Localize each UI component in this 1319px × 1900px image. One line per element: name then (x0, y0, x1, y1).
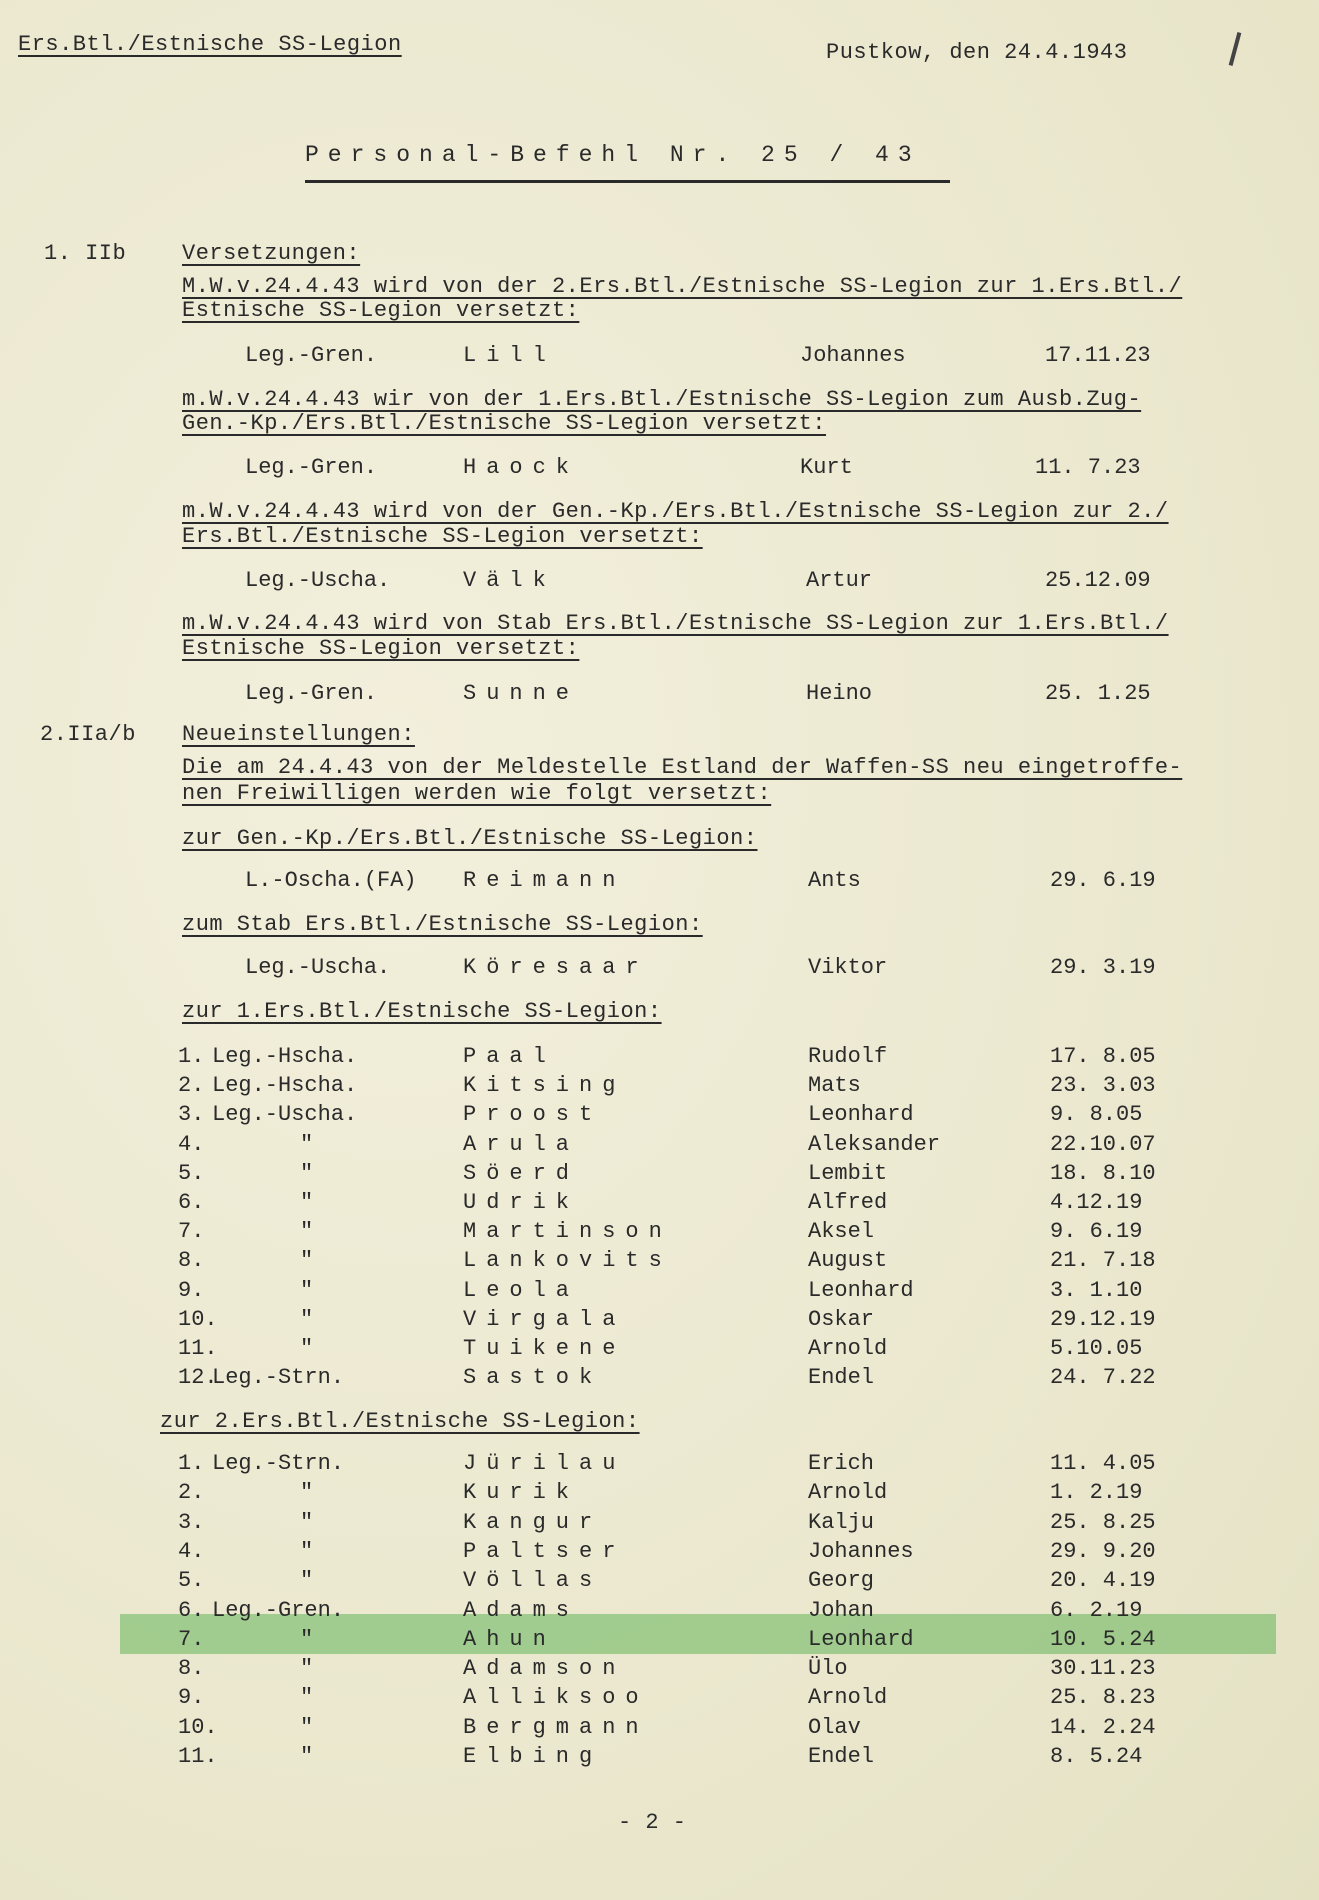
rank: Leg.-Gren. (245, 343, 377, 368)
rank: Leg.-Hscha. (212, 1073, 357, 1098)
birthdate: 9. 8.05 (1050, 1102, 1142, 1127)
rank: " (300, 1685, 313, 1710)
btl2-heading: zur 2.Ers.Btl./Estnische SS-Legion: (160, 1409, 640, 1434)
btl1-heading: zur 1.Ers.Btl./Estnische SS-Legion: (182, 999, 662, 1024)
page-number: - 2 - (618, 1810, 687, 1835)
firstname: Leonhard (808, 1278, 914, 1303)
birthdate: 20. 4.19 (1050, 1568, 1156, 1593)
section2-heading: Neueinstellungen: (182, 722, 415, 747)
table-row: 1.Leg.-Strn.JürilauErich11. 4.05 (0, 1451, 1319, 1480)
row-number: 9. (178, 1278, 204, 1303)
row-number: 2. (178, 1073, 204, 1098)
surname: Leola (463, 1278, 579, 1303)
birthdate: 22.10.07 (1050, 1132, 1156, 1157)
rank: " (300, 1627, 313, 1652)
firstname: August (808, 1248, 887, 1273)
firstname: Leonhard (808, 1102, 914, 1127)
surname: Udrik (463, 1190, 579, 1215)
firstname: Kalju (808, 1510, 874, 1535)
surname: Haock (463, 455, 579, 480)
row-number: 11. (178, 1744, 218, 1769)
section2-intro-line1: Die am 24.4.43 von der Meldestelle Estla… (182, 755, 1182, 780)
surname: Kangur (463, 1510, 602, 1535)
gen-kp-heading: zur Gen.-Kp./Ers.Btl./Estnische SS-Legio… (182, 826, 758, 851)
surname: Reimann (463, 868, 625, 893)
firstname: Ülo (808, 1656, 848, 1681)
transfer1-entry: Leg.-Gren. Lill Johannes 17.11.23 (0, 343, 1319, 372)
row-number: 7. (178, 1219, 204, 1244)
birthdate: 6. 2.19 (1050, 1598, 1142, 1623)
table-row: 2."KurikArnold1. 2.19 (0, 1480, 1319, 1509)
surname: Arula (463, 1132, 579, 1157)
row-number: 6. (178, 1190, 204, 1215)
birthdate: 21. 7.18 (1050, 1248, 1156, 1273)
rank: " (300, 1132, 313, 1157)
transfer1-line1: M.W.v.24.4.43 wird von der 2.Ers.Btl./Es… (182, 274, 1182, 299)
row-number: 11. (178, 1336, 218, 1361)
unit-header: Ers.Btl./Estnische SS-Legion (18, 32, 402, 57)
page-title: Personal-Befehl Nr. 25 / 43 (305, 142, 921, 168)
section2-intro-line2: nen Freiwilligen werden wie folgt verset… (182, 781, 771, 806)
surname: Paltser (463, 1539, 625, 1564)
transfer2-line2: Gen.-Kp./Ers.Btl./Estnische SS-Legion ve… (182, 411, 826, 436)
firstname: Aksel (808, 1219, 874, 1244)
firstname: Rudolf (808, 1044, 887, 1069)
gen-kp-entry: L.-Oscha.(FA) Reimann Ants 29. 6.19 (0, 868, 1319, 897)
rank: Leg.-Gren. (245, 681, 377, 706)
transfer3-line1: m.W.v.24.4.43 wird von der Gen.-Kp./Ers.… (182, 499, 1169, 524)
row-number: 4. (178, 1132, 204, 1157)
table-row: 9."AlliksooArnold25. 8.23 (0, 1685, 1319, 1714)
birthdate: 29. 9.20 (1050, 1539, 1156, 1564)
row-number: 4. (178, 1539, 204, 1564)
birthdate: 3. 1.10 (1050, 1278, 1142, 1303)
table-row: 2.Leg.-Hscha.KitsingMats23. 3.03 (0, 1073, 1319, 1102)
rank: " (300, 1336, 313, 1361)
firstname: Johan (808, 1598, 874, 1623)
firstname: Leonhard (808, 1627, 914, 1652)
rank: " (300, 1190, 313, 1215)
rank: L.-Oscha.(FA) (245, 868, 417, 893)
birthdate: 5.10.05 (1050, 1336, 1142, 1361)
rank: " (300, 1248, 313, 1273)
surname: Kurik (463, 1480, 579, 1505)
surname: Bergmann (463, 1715, 649, 1740)
surname: Ahun (463, 1627, 556, 1652)
row-number: 6. (178, 1598, 204, 1623)
table-row: 10."VirgalaOskar29.12.19 (0, 1307, 1319, 1336)
surname: Välk (463, 568, 556, 593)
firstname: Alfred (808, 1190, 887, 1215)
surname: Lankovits (463, 1248, 672, 1273)
row-number: 5. (178, 1161, 204, 1186)
row-number: 10. (178, 1715, 218, 1740)
row-number: 9. (178, 1685, 204, 1710)
birthdate: 9. 6.19 (1050, 1219, 1142, 1244)
row-number: 7. (178, 1627, 204, 1652)
firstname: Georg (808, 1568, 874, 1593)
surname: Völlas (463, 1568, 602, 1593)
table-row: 1.Leg.-Hscha.PaalRudolf17. 8.05 (0, 1044, 1319, 1073)
surname: Kitsing (463, 1073, 625, 1098)
firstname: Endel (808, 1365, 874, 1390)
table-row: 10."BergmannOlav14. 2.24 (0, 1715, 1319, 1744)
firstname: Aleksander (808, 1132, 940, 1157)
surname: Virgala (463, 1307, 625, 1332)
firstname: Erich (808, 1451, 874, 1476)
firstname: Oskar (808, 1307, 874, 1332)
firstname: Johannes (808, 1539, 914, 1564)
firstname: Viktor (808, 955, 887, 980)
surname: Söerd (463, 1161, 579, 1186)
birthdate: 11. 7.23 (1035, 455, 1141, 480)
rank: Leg.-Strn. (212, 1451, 344, 1476)
rank: Leg.-Gren. (245, 455, 377, 480)
birthdate: 18. 8.10 (1050, 1161, 1156, 1186)
transfer1-line2: Estnische SS-Legion versetzt: (182, 298, 579, 323)
table-row: 6."UdrikAlfred4.12.19 (0, 1190, 1319, 1219)
firstname: Olav (808, 1715, 861, 1740)
surname: Tuikene (463, 1336, 625, 1361)
birthdate: 14. 2.24 (1050, 1715, 1156, 1740)
row-number: 1. (178, 1451, 204, 1476)
row-number: 8. (178, 1248, 204, 1273)
firstname: Mats (808, 1073, 861, 1098)
row-number: 2. (178, 1480, 204, 1505)
surname: Paal (463, 1044, 556, 1069)
table-row: 11."ElbingEndel8. 5.24 (0, 1744, 1319, 1773)
place-date: Pustkow, den 24.4.1943 (826, 40, 1127, 65)
title-underline (305, 180, 950, 183)
surname: Martinson (463, 1219, 672, 1244)
surname: Jürilau (463, 1451, 625, 1476)
table-row: 3.Leg.-Uscha.ProostLeonhard9. 8.05 (0, 1102, 1319, 1131)
birthdate: 1. 2.19 (1050, 1480, 1142, 1505)
rank: " (300, 1278, 313, 1303)
firstname: Artur (806, 568, 872, 593)
section2-label: 2.IIa/b (40, 722, 136, 747)
firstname: Heino (806, 681, 872, 706)
surname: Sunne (463, 681, 579, 706)
surname: Lill (463, 343, 556, 368)
birthdate: 24. 7.22 (1050, 1365, 1156, 1390)
firstname: Arnold (808, 1685, 887, 1710)
rank: " (300, 1568, 313, 1593)
surname: Adamson (463, 1656, 625, 1681)
rank: " (300, 1161, 313, 1186)
table-row: 7."AhunLeonhard10. 5.24 (0, 1627, 1319, 1656)
table-row: 4."ArulaAleksander22.10.07 (0, 1132, 1319, 1161)
table-row: 9."LeolaLeonhard3. 1.10 (0, 1278, 1319, 1307)
stab-entry: Leg.-Uscha. Köresaar Viktor 29. 3.19 (0, 955, 1319, 984)
birthdate: 29. 3.19 (1050, 955, 1156, 980)
transfer2-entry: Leg.-Gren. Haock Kurt 11. 7.23 (0, 455, 1319, 484)
rank: " (300, 1656, 313, 1681)
transfer2-line1: m.W.v.24.4.43 wir von der 1.Ers.Btl./Est… (182, 387, 1141, 412)
row-number: 8. (178, 1656, 204, 1681)
table-row: 7."MartinsonAksel9. 6.19 (0, 1219, 1319, 1248)
birthdate: 4.12.19 (1050, 1190, 1142, 1215)
birthdate: 17.11.23 (1045, 343, 1151, 368)
table-row: 3."KangurKalju25. 8.25 (0, 1510, 1319, 1539)
birthdate: 29.12.19 (1050, 1307, 1156, 1332)
rank: " (300, 1307, 313, 1332)
birthdate: 25.12.09 (1045, 568, 1151, 593)
firstname: Arnold (808, 1480, 887, 1505)
birthdate: 17. 8.05 (1050, 1044, 1156, 1069)
row-number: 3. (178, 1510, 204, 1535)
table-row: 11."TuikeneArnold5.10.05 (0, 1336, 1319, 1365)
stab-heading: zum Stab Ers.Btl./Estnische SS-Legion: (182, 912, 703, 937)
birthdate: 11. 4.05 (1050, 1451, 1156, 1476)
section1-heading: Versetzungen: (182, 241, 360, 266)
firstname: Lembit (808, 1161, 887, 1186)
surname: Köresaar (463, 955, 649, 980)
birthdate: 23. 3.03 (1050, 1073, 1156, 1098)
birthdate: 25. 1.25 (1045, 681, 1151, 706)
birthdate: 10. 5.24 (1050, 1627, 1156, 1652)
rank: Leg.-Strn. (212, 1365, 344, 1390)
surname: Adams (463, 1598, 579, 1623)
birthdate: 25. 8.23 (1050, 1685, 1156, 1710)
birthdate: 29. 6.19 (1050, 868, 1156, 893)
rank: Leg.-Gren. (212, 1598, 344, 1623)
row-number: 1. (178, 1044, 204, 1069)
rank: " (300, 1510, 313, 1535)
surname: Proost (463, 1102, 602, 1127)
firstname: Kurt (800, 455, 853, 480)
row-number: 10. (178, 1307, 218, 1332)
transfer4-entry: Leg.-Gren. Sunne Heino 25. 1.25 (0, 681, 1319, 710)
birthdate: 25. 8.25 (1050, 1510, 1156, 1535)
table-row: 4."PaltserJohannes29. 9.20 (0, 1539, 1319, 1568)
surname: Sastok (463, 1365, 602, 1390)
rank: Leg.-Uscha. (212, 1102, 357, 1127)
transfer3-entry: Leg.-Uscha. Välk Artur 25.12.09 (0, 568, 1319, 597)
rank: Leg.-Uscha. (245, 568, 390, 593)
table-row: 8."AdamsonÜlo30.11.23 (0, 1656, 1319, 1685)
transfer4-line2: Estnische SS-Legion versetzt: (182, 636, 579, 661)
rank: Leg.-Hscha. (212, 1044, 357, 1069)
birthdate: 30.11.23 (1050, 1656, 1156, 1681)
rank: " (300, 1715, 313, 1740)
birthdate: 8. 5.24 (1050, 1744, 1142, 1769)
rank: " (300, 1480, 313, 1505)
table-row: 5."SöerdLembit18. 8.10 (0, 1161, 1319, 1190)
rank: " (300, 1744, 313, 1769)
rank: Leg.-Uscha. (245, 955, 390, 980)
transfer3-line2: Ers.Btl./Estnische SS-Legion versetzt: (182, 524, 703, 549)
transfer4-line1: m.W.v.24.4.43 wird von Stab Ers.Btl./Est… (182, 611, 1169, 636)
rank: " (300, 1219, 313, 1244)
row-number: 3. (178, 1102, 204, 1127)
table-row: 12.Leg.-Strn.SastokEndel24. 7.22 (0, 1365, 1319, 1394)
firstname: Ants (808, 868, 861, 893)
firstname: Johannes (800, 343, 906, 368)
table-row: 8."LankovitsAugust21. 7.18 (0, 1248, 1319, 1277)
surname: Elbing (463, 1744, 602, 1769)
surname: Alliksoo (463, 1685, 649, 1710)
section1-label: 1. IIb (44, 241, 126, 266)
firstname: Arnold (808, 1336, 887, 1361)
rank: " (300, 1539, 313, 1564)
row-number: 5. (178, 1568, 204, 1593)
table-row: 6.Leg.-Gren.AdamsJohan6. 2.19 (0, 1598, 1319, 1627)
table-row: 5."VöllasGeorg20. 4.19 (0, 1568, 1319, 1597)
firstname: Endel (808, 1744, 874, 1769)
